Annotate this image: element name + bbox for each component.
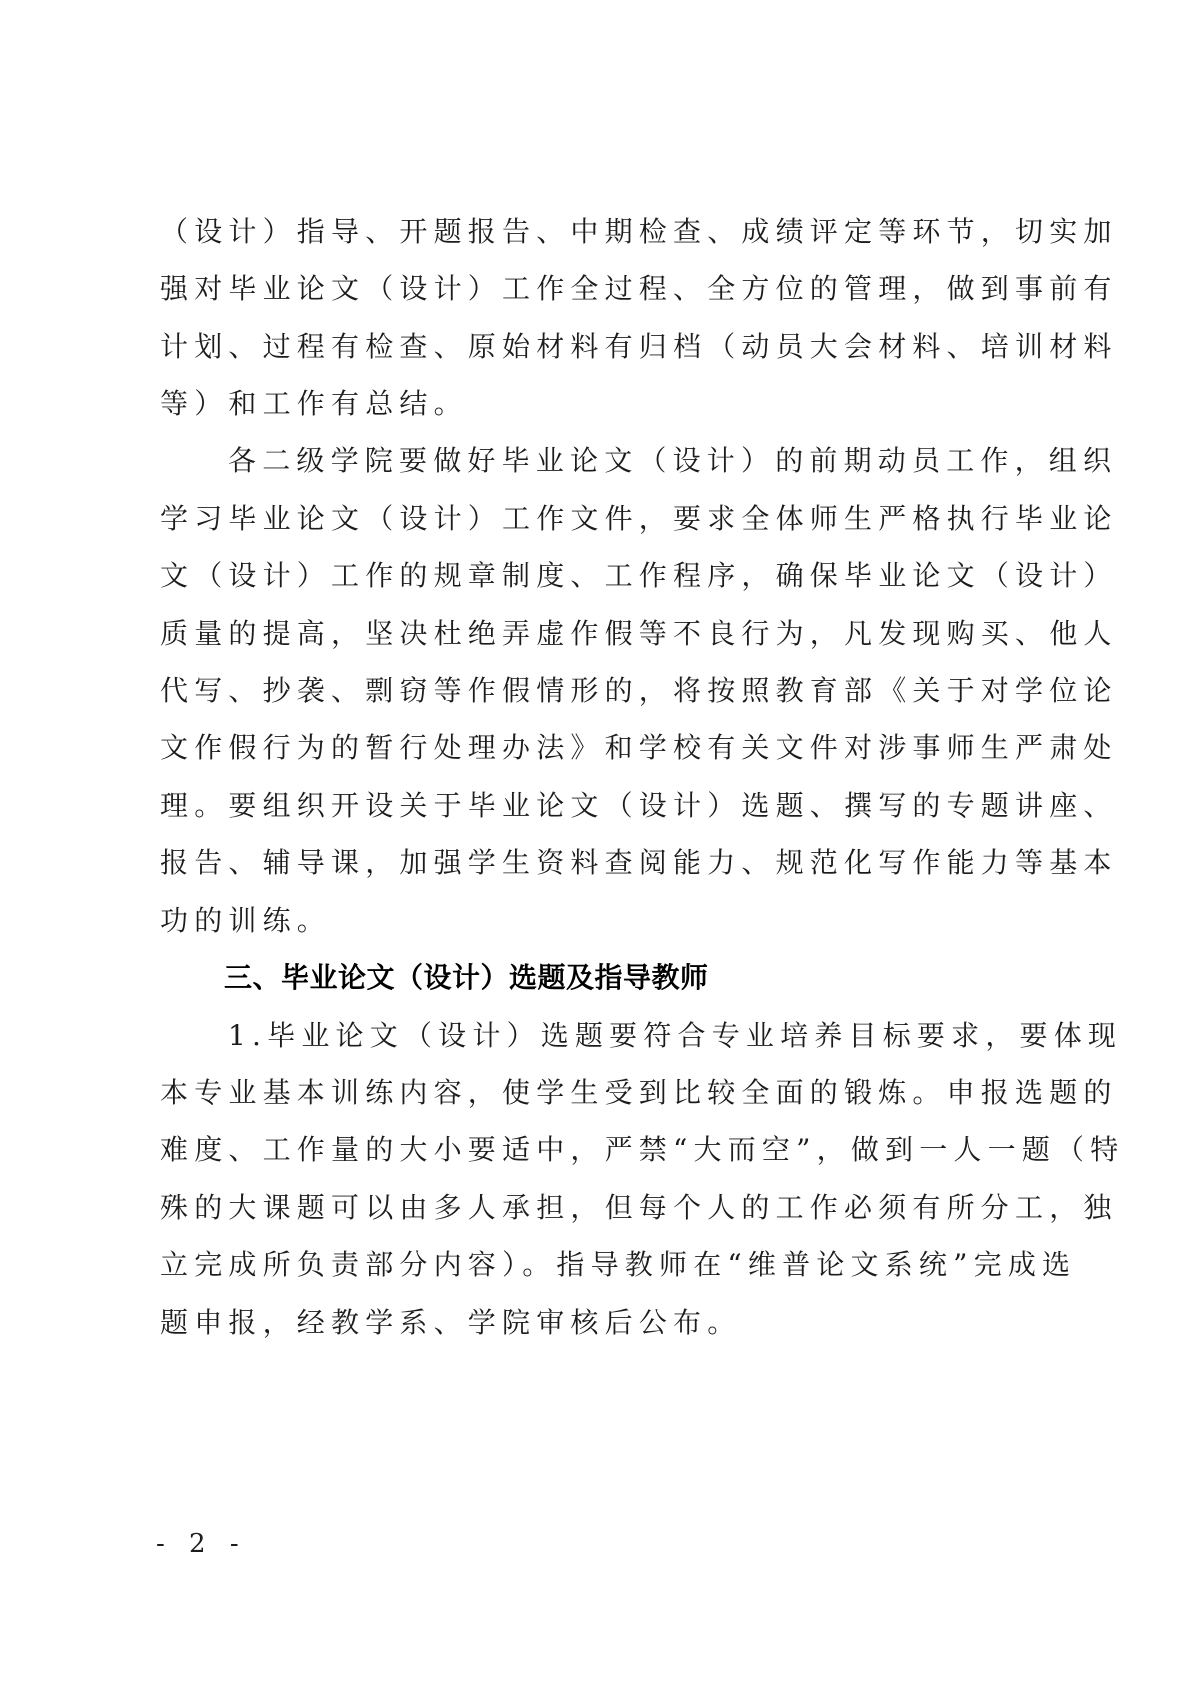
page-number: - 2 - [156,1526,247,1562]
text-line: 题申报，经教学系、学院审核后公布。 [160,1303,990,1343]
text-line: 计划、过程有检查、原始材料有归档（动员大会材料、培训材料 [160,327,990,367]
text-line: 1.毕业论文（设计）选题要符合专业培养目标要求，要体现 [228,1016,1058,1056]
section-heading: 三、毕业论文（设计）选题及指导教师 [224,958,709,998]
text-line: 殊的大课题可以由多人承担，但每个人的工作必须有所分工，独 [160,1188,990,1228]
text-line: 功的训练。 [160,901,990,941]
text-line: 质量的提高，坚决杜绝弄虚作假等不良行为，凡发现购买、他人 [160,614,990,654]
text-line: 代写、抄袭、剽窃等作假情形的，将按照教育部《关于对学位论 [160,671,990,711]
text-line: 文作假行为的暂行处理办法》和学校有关文件对涉事师生严肃处 [160,728,990,768]
text-line: 等）和工作有总结。 [160,384,990,424]
text-line: 理。要组织开设关于毕业论文（设计）选题、撰写的专题讲座、 [160,786,990,826]
text-line: 报告、辅导课，加强学生资料查阅能力、规范化写作能力等基本 [160,843,990,883]
text-line: 强对毕业论文（设计）工作全过程、全方位的管理，做到事前有 [160,269,990,309]
text-line: 文（设计）工作的规章制度、工作程序，确保毕业论文（设计） [160,556,990,596]
text-line: 各二级学院要做好毕业论文（设计）的前期动员工作，组织 [228,441,1058,481]
text-line: （设计）指导、开题报告、中期检查、成绩评定等环节，切实加 [160,212,990,252]
text-line: 难度、工作量的大小要适中，严禁“大而空”，做到一人一题（特 [160,1130,990,1170]
text-line: 立完成所负责部分内容）。指导教师在“维普论文系统”完成选 [160,1245,990,1285]
document-page: （设计）指导、开题报告、中期检查、成绩评定等环节，切实加 强对毕业论文（设计）工… [0,0,1191,1684]
text-line: 学习毕业论文（设计）工作文件，要求全体师生严格执行毕业论 [160,499,990,539]
text-line: 本专业基本训练内容，使学生受到比较全面的锻炼。申报选题的 [160,1073,990,1113]
